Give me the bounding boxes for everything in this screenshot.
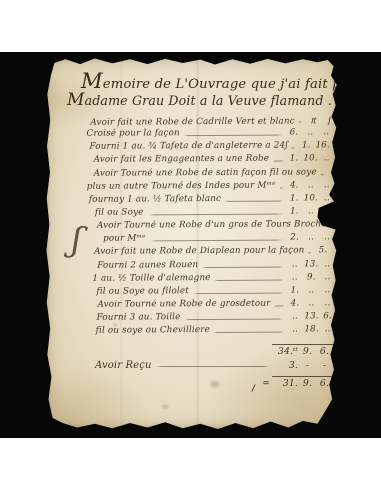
- amount-livres: ..: [287, 312, 304, 322]
- item-text: Avoir fait une Robe de Cadrille Vert et …: [90, 116, 294, 127]
- amount-cells: 6. .. ..: [285, 127, 334, 137]
- amount-cells: 5. .. ..: [314, 246, 335, 256]
- item-text: Fourni 2 aunes Rouen: [97, 260, 198, 271]
- amount-sols: ..: [331, 246, 335, 256]
- amount-livres: ..: [287, 325, 304, 335]
- item-text: Avoir Tourné une Robe d'un gros de Tours…: [97, 219, 327, 230]
- amount-deniers: ..: [319, 154, 335, 164]
- amount-cells: 4. .. ..: [286, 180, 335, 190]
- leader-line: [225, 200, 283, 201]
- received-livres: 3.: [272, 360, 299, 371]
- amount-sols: ..: [302, 127, 318, 137]
- amount-cells: 1. 16. ..: [298, 141, 335, 151]
- amount-deniers: ..: [319, 180, 335, 190]
- amount-livres: 2.: [286, 233, 303, 243]
- amount-cells: .. 18. ..: [287, 324, 336, 334]
- amount-livres: 1.: [286, 193, 303, 203]
- item-text: fil ou soye ou Chevilliere: [96, 325, 210, 336]
- leader-line: [299, 122, 302, 123]
- leader-line: [150, 240, 283, 242]
- item-text: 1 au. ½ Toille d'alemagne: [92, 273, 210, 284]
- item-text: fournay 1 au. ½ Tafeta blanc: [89, 194, 221, 205]
- amount-deniers: ..: [319, 272, 335, 282]
- amount-deniers: ..: [319, 193, 335, 203]
- amount-deniers: ..: [319, 233, 335, 243]
- subtotal-deniers: 6.: [316, 346, 333, 357]
- amount-sols: 13.: [303, 259, 319, 269]
- received-amounts: 3. - -: [272, 360, 333, 371]
- amount-sols: 16.: [315, 141, 331, 151]
- total-sols: 9.: [299, 378, 316, 389]
- leader-line: [148, 214, 283, 216]
- leader-line: [202, 266, 283, 267]
- leader-line: [292, 148, 295, 149]
- amount-cells: 1. 10. ..: [286, 193, 335, 203]
- total-amounts: 31. 9. 6.: [272, 376, 333, 389]
- leader-line: [280, 187, 283, 188]
- item-text: Avoir Tourné une Robe de grosdetour: [97, 299, 270, 310]
- amount-cells: .. 13. 6.: [287, 311, 336, 321]
- received-deniers: -: [316, 360, 333, 371]
- subtotal-row: 34.ᵗᵗ 9. 6.: [272, 344, 333, 357]
- item-text: fil ou Soye ou filolet: [96, 286, 189, 297]
- amount-livres: 1.: [286, 154, 303, 164]
- amount-livres: 4.: [286, 180, 303, 190]
- item-text: fil ou Soye: [95, 207, 144, 217]
- item-text: Croisé pour la façon: [86, 128, 179, 139]
- amount-deniers: ..: [320, 324, 336, 334]
- ledger: Avoir fait une Robe de Cadrille Vert et …: [86, 114, 335, 339]
- amount-sols: 13.: [304, 311, 320, 321]
- amount-sols: ..: [303, 206, 319, 216]
- amount-sols: 9.: [303, 272, 319, 282]
- amount-sols: ..: [303, 180, 319, 190]
- amount-deniers: 6.: [320, 311, 336, 321]
- amount-sols: ..: [303, 298, 319, 308]
- photo-frame: Memoire de L'Ouvrage que j'ai fait pour …: [0, 0, 381, 492]
- amount-cells: .. 13. ..: [286, 259, 335, 269]
- manuscript-paper: Memoire de L'Ouvrage que j'ai fait pour …: [45, 57, 338, 429]
- item-text: Fourni 1 au. ¾ Tafeta de d'angleterre a …: [89, 141, 287, 152]
- equals-sign: =: [262, 379, 270, 389]
- received-row: Avoir Reçu 3. - -: [95, 360, 333, 371]
- amount-livres: 1.: [298, 141, 315, 151]
- amount-cells: 4. .. ..: [286, 298, 335, 308]
- leader-line: [308, 253, 311, 254]
- item-text: pour Mᵐᵉ: [103, 234, 146, 244]
- item-text: Fourni 3 au. Toille: [97, 312, 181, 323]
- leader-line: [273, 161, 283, 162]
- leader-line: [331, 226, 334, 227]
- flourish-mark: ʃ: [70, 223, 83, 258]
- total-deniers: 6.: [316, 378, 333, 389]
- subtotal-livres: 34.ᵗᵗ: [272, 346, 299, 357]
- amount-deniers: ..: [319, 206, 335, 216]
- amount-livres: 6.: [285, 128, 302, 138]
- amount-deniers: ..: [319, 285, 335, 295]
- amount-livres: ₶: [305, 114, 322, 126]
- leader-line: [275, 306, 284, 307]
- leader-line: [184, 135, 283, 137]
- leader-line: [193, 292, 283, 294]
- amount-cells: 4. .. ..: [327, 167, 335, 177]
- amount-livres: ..: [286, 272, 303, 282]
- amount-sols: ..: [303, 233, 319, 243]
- photo-background: Memoire de L'Ouvrage que j'ai fait pour …: [0, 52, 381, 438]
- amount-livres: 4.: [327, 167, 335, 177]
- amount-sols: 10.: [303, 154, 319, 164]
- amount-sols: 10.: [303, 193, 319, 203]
- amount-sols: ſ: [322, 116, 335, 126]
- amount-cells: 1. .. ..: [286, 206, 335, 216]
- amount-cells: 2. .. ..: [286, 233, 335, 243]
- subtotal-sols: 9.: [299, 346, 316, 357]
- amount-cells: ₶ ſ: [305, 114, 335, 126]
- ink-mark: [251, 384, 255, 392]
- item-text: plus un autre Tourné des Indes pour Mᵐᵉ: [87, 180, 276, 191]
- amount-livres: 1.: [286, 285, 303, 295]
- amount-cells: .. 9. ..: [286, 272, 335, 282]
- amount-deniers: ..: [318, 127, 334, 137]
- received-sols: -: [299, 360, 316, 371]
- title-line-2: Madame Grau Doit a la Veuve flamand .: [67, 90, 332, 110]
- subtotal-amounts: 34.ᵗᵗ 9. 6.: [272, 344, 333, 357]
- item-text: Avoir fait les Engageantes a une Robe: [94, 154, 270, 165]
- amount-livres: 1.: [286, 206, 303, 216]
- leader-line: [185, 319, 284, 321]
- amount-deniers: ..: [319, 298, 335, 308]
- item-text: Avoir fait une Robe de Diaplean pour la …: [94, 246, 304, 257]
- item-text: Avoir Tourné une Robe de satin façon fil…: [94, 167, 317, 178]
- total-row: = 31. 9. 6.: [262, 376, 333, 389]
- leader-line: [214, 332, 284, 333]
- amount-sols: ..: [303, 285, 319, 295]
- amount-deniers: ..: [331, 141, 335, 151]
- total-livres: 31.: [272, 378, 299, 389]
- amount-livres: 5.: [314, 246, 331, 256]
- amount-sols: 18.: [304, 325, 320, 335]
- amount-cells: 1. .. ..: [286, 285, 335, 295]
- received-label: Avoir Reçu: [95, 360, 152, 371]
- amount-livres: ..: [286, 259, 303, 269]
- leader-line: [215, 279, 284, 280]
- amount-deniers: ..: [319, 259, 335, 269]
- leader-line: [156, 366, 269, 367]
- ledger-row: fil ou soye ou Chevilliere .. 18. ..: [88, 324, 336, 339]
- leader-line: [321, 174, 324, 175]
- amount-livres: 4.: [286, 298, 303, 308]
- amount-cells: 1. 10. ..: [286, 154, 335, 164]
